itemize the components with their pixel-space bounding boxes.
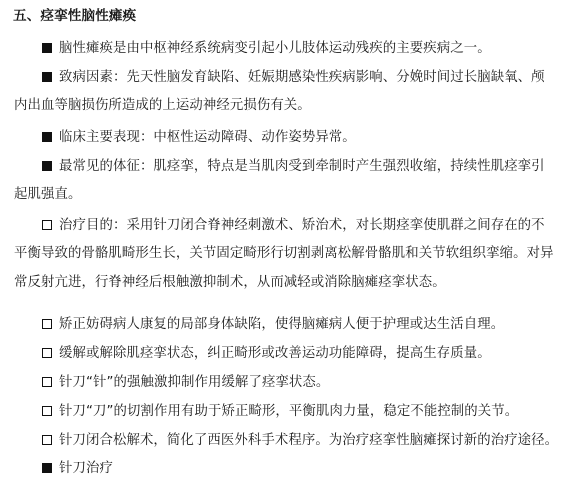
filled-square-bullet-icon bbox=[42, 463, 52, 473]
hollow-square-bullet-icon bbox=[42, 435, 52, 445]
bullet-item-7: 缓解或解除肌痉挛状态，纠正畸形或改善运动功能障碍，提高生存质量。 bbox=[42, 346, 491, 362]
bullet-item-9: 针刀“刀”的切割作用有助于矫正畸形，平衡肌肉力量，稳定不能控制的关节。 bbox=[42, 404, 518, 420]
bullet-item-4-continuation: 起肌强直。 bbox=[14, 187, 81, 203]
bullet-text: 致病因素：先天性脑发育缺陷、妊娠期感染性疾病影响、分娩时间过长脑缺氧、颅 bbox=[59, 70, 545, 85]
bullet-item-2-continuation: 内出血等脑损伤所造成的上运动神经元损伤有关。 bbox=[14, 98, 311, 114]
bullet-item-11: 针刀治疗 bbox=[42, 461, 113, 477]
bullet-item-5: 治疗目的：采用针刀闭合脊神经刺激术、矫治术，对长期痉挛使肌群之间存在的不 bbox=[42, 218, 545, 234]
hollow-square-bullet-icon bbox=[42, 348, 52, 358]
bullet-item-5-continuation-1: 平衡导致的骨骼肌畸形生长，关节固定畸形行切割剥离松解骨骼肌和关节软组织挛缩。对异 bbox=[14, 246, 554, 262]
section-title: 五、痉挛性脑性瘫痪 bbox=[13, 8, 136, 24]
hollow-square-bullet-icon bbox=[42, 319, 52, 329]
bullet-item-3: 临床主要表现：中枢性运动障碍、动作姿势异常。 bbox=[42, 130, 356, 146]
bullet-item-10: 针刀闭合松解术，简化了西医外科手术程序。为治疗痉挛性脑瘫探讨新的治疗途径。 bbox=[42, 433, 558, 449]
bullet-text: 针刀“针”的强触激抑制作用缓解了痉挛状态。 bbox=[59, 375, 329, 390]
hollow-square-bullet-icon bbox=[42, 220, 52, 230]
bullet-text: 针刀“刀”的切割作用有助于矫正畸形，平衡肌肉力量，稳定不能控制的关节。 bbox=[59, 404, 518, 419]
bullet-text: 缓解或解除肌痉挛状态，纠正畸形或改善运动功能障碍，提高生存质量。 bbox=[59, 346, 491, 361]
bullet-item-8: 针刀“针”的强触激抑制作用缓解了痉挛状态。 bbox=[42, 375, 329, 391]
bullet-item-1: 脑性瘫痪是由中枢神经系统病变引起小儿肢体运动残疾的主要疾病之一。 bbox=[42, 41, 491, 57]
filled-square-bullet-icon bbox=[42, 161, 52, 171]
bullet-text: 针刀闭合松解术，简化了西医外科手术程序。为治疗痉挛性脑瘫探讨新的治疗途径。 bbox=[59, 433, 558, 448]
bullet-text: 治疗目的：采用针刀闭合脊神经刺激术、矫治术，对长期痉挛使肌群之间存在的不 bbox=[59, 218, 545, 233]
bullet-text: 矫正妨碍病人康复的局部身体缺陷，使得脑瘫病人便于护理或达生活自理。 bbox=[59, 317, 504, 332]
bullet-item-4: 最常见的体征：肌痉挛，特点是当肌肉受到牵制时产生强烈收缩，持续性肌痉挛引 bbox=[42, 159, 545, 175]
filled-square-bullet-icon bbox=[42, 132, 52, 142]
hollow-square-bullet-icon bbox=[42, 406, 52, 416]
bullet-text: 针刀治疗 bbox=[59, 461, 113, 476]
bullet-text: 最常见的体征：肌痉挛，特点是当肌肉受到牵制时产生强烈收缩，持续性肌痉挛引 bbox=[59, 159, 545, 174]
bullet-item-6: 矫正妨碍病人康复的局部身体缺陷，使得脑瘫病人便于护理或达生活自理。 bbox=[42, 317, 504, 333]
bullet-item-2: 致病因素：先天性脑发育缺陷、妊娠期感染性疾病影响、分娩时间过长脑缺氧、颅 bbox=[42, 70, 545, 86]
bullet-text: 脑性瘫痪是由中枢神经系统病变引起小儿肢体运动残疾的主要疾病之一。 bbox=[59, 41, 491, 56]
bullet-item-5-continuation-2: 常反射亢进，行脊神经后根触激抑制术，从而减轻或消除脑瘫痉挛状态。 bbox=[14, 275, 446, 291]
hollow-square-bullet-icon bbox=[42, 377, 52, 387]
filled-square-bullet-icon bbox=[42, 72, 52, 82]
bullet-text: 临床主要表现：中枢性运动障碍、动作姿势异常。 bbox=[59, 130, 356, 145]
filled-square-bullet-icon bbox=[42, 43, 52, 53]
